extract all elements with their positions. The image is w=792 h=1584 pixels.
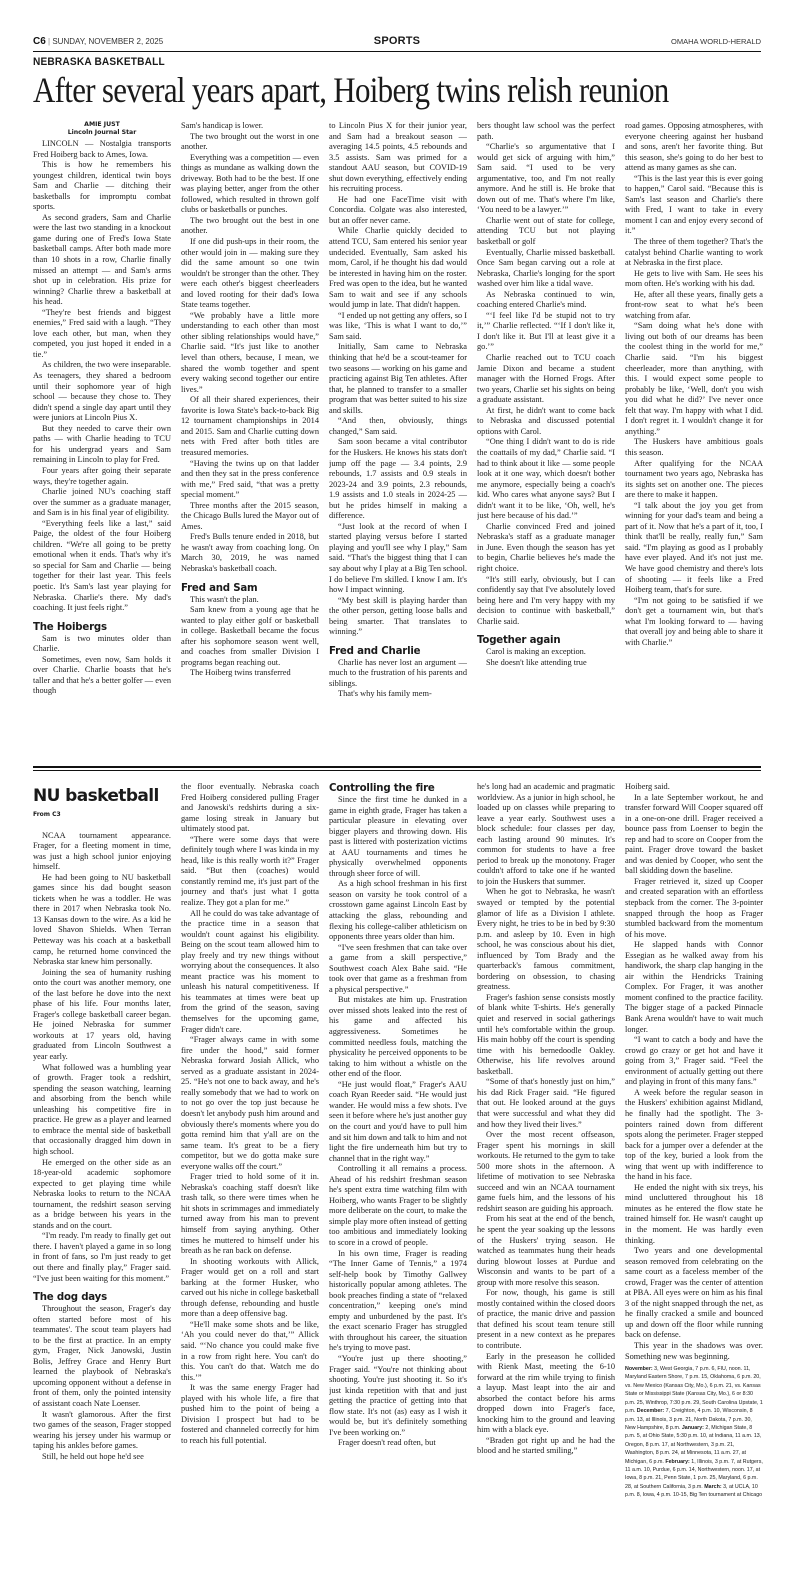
paragraph: He had been going to NU basketball games… <box>33 873 171 968</box>
paragraph: “I ended up not getting any offers, so I… <box>329 311 467 343</box>
paragraph: This is how he remembers his youngest ch… <box>33 160 171 213</box>
paragraph: When he got to Nebraska, he wasn't swaye… <box>477 887 615 992</box>
paragraph: It was the same energy Frager had played… <box>181 1383 319 1446</box>
paragraph: Sam's handicap is lower. <box>181 121 319 132</box>
paragraph: Joining the sea of humanity rushing onto… <box>33 968 171 1063</box>
schedule-box: November: 3, West Georgia, 7 p.m. 6, FIU… <box>625 1365 763 1500</box>
paragraph: road games. Opposing atmospheres, with e… <box>625 121 763 174</box>
paragraph: Of all their shared experiences, their f… <box>181 395 319 458</box>
paragraph: As a high school freshman in his first s… <box>329 879 467 942</box>
paragraph: But mistakes ate him up. Frustration ove… <box>329 995 467 1079</box>
schedule-month: November: <box>625 1366 653 1372</box>
paragraph: “I'm not going to be satisfied if we don… <box>625 596 763 649</box>
section-divider-top <box>33 766 761 768</box>
paragraph: She doesn't like attending true <box>477 658 615 669</box>
paragraph: Two years and one developmental season r… <box>625 1246 763 1341</box>
paragraph: As Nebraska continued to win, coaching e… <box>477 290 615 311</box>
paragraph: “Having the twins up on that ladder and … <box>181 459 319 501</box>
paragraph: He emerged on the other side as an 18-ye… <box>33 1158 171 1232</box>
paragraph: Over the most recent offseason, Frager s… <box>477 1130 615 1214</box>
paragraph: Everything was a competition — even thin… <box>181 153 319 216</box>
paragraph: All he could do was take advantage of th… <box>181 909 319 1036</box>
paragraph: “We probably have a little more understa… <box>181 311 319 395</box>
paragraph: Charlie has never lost an argument — muc… <box>329 658 467 690</box>
subhead: The dog days <box>33 1291 171 1304</box>
paragraph: The two brought out the best in one anot… <box>181 216 319 237</box>
paragraph: Early in the preseason he collided with … <box>477 1352 615 1436</box>
article-column: Controlling the fireSince the first time… <box>329 782 467 1582</box>
header-rule <box>33 51 761 52</box>
paragraph: Carol is making an exception. <box>477 647 615 658</box>
paragraph: In a late September workout, he and tran… <box>625 793 763 877</box>
subhead: Controlling the fire <box>329 782 467 795</box>
paragraph: Since the first time he dunked in a game… <box>329 795 467 879</box>
subhead: Fred and Charlie <box>329 645 467 658</box>
paragraph: “I talk about the joy you get from winni… <box>625 501 763 596</box>
paragraph: Controlling it all remains a process. Ah… <box>329 1164 467 1248</box>
folio-bar: C6 | SUNDAY, NOVEMBER 2, 2025 SPORTS OMA… <box>33 36 761 50</box>
section-name: SPORTS <box>33 35 761 47</box>
paragraph: As children, the two were inseparable. A… <box>33 360 171 423</box>
paragraph: NCAA tournament appearance. Frager, for … <box>33 831 171 873</box>
paragraph: For now, though, his game is still mostl… <box>477 1288 615 1351</box>
paragraph: “Charlie's so argumentative that I would… <box>477 142 615 216</box>
paragraph: to Lincoln Pius X for their junior year,… <box>329 121 467 195</box>
paragraph: Sam is two minutes older than Charlie. <box>33 634 171 655</box>
paragraph: “And then, obviously, things changed,” S… <box>329 416 467 437</box>
article-column: NU basketballFrom C3NCAA tournament appe… <box>33 782 171 1582</box>
paragraph: Frager's fashion sense consists mostly o… <box>477 993 615 1077</box>
paragraph: bers thought law school was the perfect … <box>477 121 615 142</box>
paragraph: Frager doesn't read often, but <box>329 1438 467 1449</box>
paragraph: A week before the regular season in the … <box>625 1088 763 1183</box>
paragraph: “‘I feel like I'd be stupid not to try i… <box>477 311 615 353</box>
paragraph: It wasn't glamorous. After the first two… <box>33 1410 171 1452</box>
paragraph: “Everything feels like a last,” said Pai… <box>33 519 171 614</box>
paragraph: The Hoiberg twins transferred <box>181 668 319 679</box>
paragraph: But they needed to carve their own paths… <box>33 424 171 466</box>
paragraph: Eventually, Charlie missed basketball. O… <box>477 248 615 290</box>
paragraph: Charlie went out of state for college, a… <box>477 216 615 248</box>
paragraph: Three months after the 2015 season, the … <box>181 501 319 533</box>
paragraph: “My best skill is playing harder than th… <box>329 596 467 638</box>
paragraph: “This is the last year this is ever goin… <box>625 174 763 237</box>
paragraph: “It's still early, obviously, but I can … <box>477 575 615 628</box>
paragraph: He, after all these years, finally gets … <box>625 290 763 322</box>
byline-author: AMIE JUST <box>33 121 171 129</box>
paragraph: “Frager always came in with some fire un… <box>181 1035 319 1172</box>
paragraph: LINCOLN — Nostalgia transports Fred Hoib… <box>33 139 171 160</box>
paragraph: The three of them together? That's the c… <box>625 237 763 269</box>
jump-story-columns: NU basketballFrom C3NCAA tournament appe… <box>33 782 763 1582</box>
schedule-month: January: <box>682 1425 704 1431</box>
paragraph: “You're just up there shooting,” Frager … <box>329 1354 467 1438</box>
paragraph: “Just look at the record of when I start… <box>329 522 467 596</box>
paragraph: Charlie reached out to TCU coach Jamie D… <box>477 353 615 406</box>
paragraph: Fred's Bulls tenure ended in 2018, but h… <box>181 532 319 574</box>
paragraph: The two brought out the worst in one ano… <box>181 132 319 153</box>
byline-organization: Lincoln Journal Star <box>33 129 171 137</box>
paragraph: “He just would float,” Frager's AAU coac… <box>329 1080 467 1164</box>
paragraph: Four years after going their separate wa… <box>33 466 171 487</box>
paragraph: In his own time, Frager is reading “The … <box>329 1249 467 1354</box>
paragraph: From his seat at the end of the bench, h… <box>477 1214 615 1288</box>
paragraph: Throughout the season, Frager's day ofte… <box>33 1304 171 1409</box>
paragraph: This wasn't the plan. <box>181 595 319 606</box>
story-headline: After several years apart, Hoiberg twins… <box>33 70 669 110</box>
section-divider-bottom <box>33 770 761 771</box>
paragraph: Sometimes, even now, Sam holds it over C… <box>33 655 171 697</box>
paragraph: Frager tried to hold some of it in. Nebr… <box>181 1172 319 1256</box>
paragraph: Hoiberg said. <box>625 782 763 793</box>
paragraph: “They're best friends and biggest enemie… <box>33 308 171 361</box>
paragraph: The Huskers have ambitious goals this se… <box>625 437 763 458</box>
article-column: to Lincoln Pius X for their junior year,… <box>329 121 467 756</box>
paragraph: Initially, Sam came to Nebraska thinking… <box>329 342 467 416</box>
article-column: AMIE JUSTLincoln Journal StarLINCOLN — N… <box>33 121 171 756</box>
paragraph: “He'll make some shots and be like, ‘Ah … <box>181 1320 319 1383</box>
schedule-games: 3, West Georgia, 7 p.m. 6, FIU, noon. 11… <box>625 1366 763 1414</box>
paragraph: He had one FaceTime visit with Concordia… <box>329 195 467 227</box>
paragraph: “One thing I didn't want to do is ride t… <box>477 437 615 521</box>
paragraph: “I've seen freshmen that can take over a… <box>329 943 467 996</box>
paragraph: “Braden got right up and he had the bloo… <box>477 1436 615 1457</box>
subhead: Together again <box>477 634 615 647</box>
article-column: road games. Opposing atmospheres, with e… <box>625 121 763 756</box>
paragraph: “There were some days that were definite… <box>181 835 319 909</box>
paragraph: He gets to live with Sam. He sees his mo… <box>625 269 763 290</box>
paragraph: Sam soon became a vital contributor for … <box>329 437 467 521</box>
jump-headline: NU basketball <box>33 785 171 807</box>
paragraph: That's why his family mem- <box>329 689 467 700</box>
subhead: The Hoibergs <box>33 621 171 634</box>
paragraph: Sam knew from a young age that he wanted… <box>181 605 319 668</box>
paragraph: He ended the night with six treys, his m… <box>625 1183 763 1246</box>
paragraph: Still, he held out hope he'd see <box>33 1452 171 1463</box>
article-column: Sam's handicap is lower.The two brought … <box>181 121 319 756</box>
paragraph: He slapped hands with Connor Essegian as… <box>625 940 763 1035</box>
paragraph: “I'm ready. I'm ready to finally get out… <box>33 1231 171 1284</box>
paragraph: This year in the shadows was over. Somet… <box>625 1341 763 1362</box>
article-column: bers thought law school was the perfect … <box>477 121 615 756</box>
paragraph: “Some of that's honestly just on him,” h… <box>477 1077 615 1130</box>
jump-from-label: From C3 <box>33 810 171 821</box>
paragraph: “Sam doing what he's done with living ou… <box>625 321 763 437</box>
article-column: he's long had an academic and pragmatic … <box>477 782 615 1582</box>
paragraph: At first, he didn't want to come back to… <box>477 406 615 438</box>
paragraph: Frager retrieved it, sized up Cooper and… <box>625 877 763 940</box>
article-column: the floor eventually. Nebraska coach Fre… <box>181 782 319 1582</box>
paragraph: “I want to catch a body and have the cro… <box>625 1035 763 1088</box>
paragraph: While Charlie quickly decided to attend … <box>329 226 467 310</box>
paragraph: he's long had an academic and pragmatic … <box>477 782 615 887</box>
paragraph: the floor eventually. Nebraska coach Fre… <box>181 782 319 835</box>
paragraph: What followed was a humbling year of gro… <box>33 1063 171 1158</box>
paragraph: Charlie convinced Fred and joined Nebras… <box>477 522 615 575</box>
article-column: Hoiberg said.In a late September workout… <box>625 782 763 1582</box>
paragraph: In shooting workouts with Allick, Frager… <box>181 1257 319 1320</box>
paragraph: As second graders, Sam and Charlie were … <box>33 213 171 308</box>
paper-name: OMAHA WORLD-HERALD <box>671 37 761 46</box>
paragraph: Charlie joined NU's coaching staff over … <box>33 487 171 519</box>
paragraph: After qualifying for the NCAA tournament… <box>625 459 763 501</box>
subhead: Fred and Sam <box>181 582 319 595</box>
top-story-columns: AMIE JUSTLincoln Journal StarLINCOLN — N… <box>33 121 763 756</box>
schedule-month: December: <box>637 1408 664 1414</box>
schedule-month: March: <box>704 1484 721 1490</box>
byline: AMIE JUSTLincoln Journal Star <box>33 121 171 137</box>
schedule-month: February: <box>665 1459 689 1465</box>
paragraph: If one did push-ups in their room, the o… <box>181 237 319 311</box>
story-kicker: NEBRASKA BASKETBALL <box>33 56 165 68</box>
